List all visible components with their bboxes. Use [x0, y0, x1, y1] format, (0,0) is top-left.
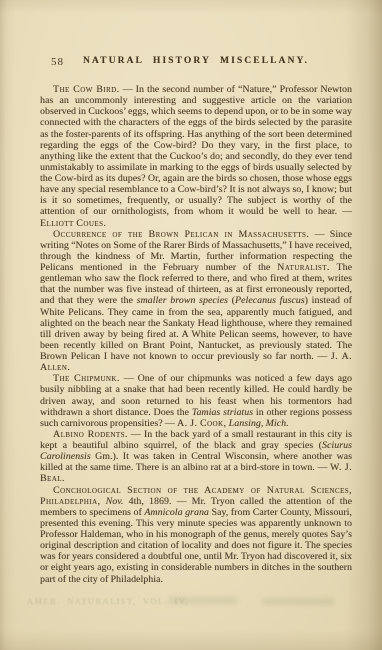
bleed-through-smudge — [168, 597, 238, 604]
small-caps-text: A. J. Cook, — [177, 418, 226, 429]
small-caps-text: Albino Rodents. — [53, 429, 128, 440]
italic-text: Nov. — [106, 496, 124, 507]
paragraph: The Cow Bird. — In the second number of … — [40, 84, 352, 229]
body-text: ( — [228, 295, 235, 306]
small-caps-text: Occurrence of the Brown Pelican in Massa… — [53, 229, 309, 240]
running-title: NATURAL HISTORY MISCELLANY. — [40, 56, 352, 66]
paragraph: Conchological Section of the Academy of … — [40, 485, 352, 585]
scanned-book-page: 58 NATURAL HISTORY MISCELLANY. The Cow B… — [0, 0, 382, 650]
italic-text: Lansing, Mich. — [229, 418, 289, 429]
small-caps-text: Naturalist. — [277, 262, 330, 273]
bleed-through-smudge — [262, 598, 334, 605]
italic-text: Amnicola grana — [144, 507, 209, 518]
small-caps-text: The Chipmunk. — [53, 373, 120, 384]
italic-text: Tamias striatus — [192, 407, 253, 418]
italic-text: Pelecanus fuscus — [235, 295, 305, 306]
page-number: 58 — [51, 56, 64, 68]
body-text: — In the second number of “Nature,” Prof… — [40, 84, 352, 217]
small-caps-text: Elliott Coues. — [40, 218, 106, 229]
paragraph: The Chipmunk. — One of our chipmunks was… — [40, 373, 352, 429]
page-body: The Cow Bird. — In the second number of … — [40, 84, 352, 585]
paragraph: Occurrence of the Brown Pelican in Massa… — [40, 229, 352, 374]
small-caps-text: The Cow Bird. — [53, 84, 120, 95]
page-header: 58 NATURAL HISTORY MISCELLANY. — [40, 56, 352, 70]
paragraph: Albino Rodents. — In the back yard of a … — [40, 429, 352, 485]
italic-text: smaller brown species — [137, 295, 228, 306]
body-text: Say, from Carter County, Missouri, prese… — [40, 507, 352, 585]
bleed-through-text: AMER. NATURALIST, VOL. IV. — [27, 596, 189, 606]
